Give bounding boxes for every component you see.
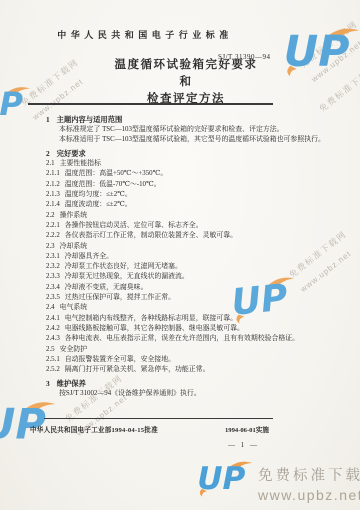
- doc-line: 2.4电气系统: [46, 303, 338, 313]
- site-watermark-url: www.upbz.net: [258, 487, 360, 503]
- standard-header: 中华人民共和国电子行业标准: [0, 28, 325, 41]
- doc-title: 温度循环试验箱完好要求和 检查评定方法: [110, 57, 262, 108]
- doc-line: 2.4.1电气控制箱内布线整齐，各种线路标志明显，联接可靠。: [46, 314, 338, 324]
- doc-line: 2.1.4温度波动度：≤±2℃。: [46, 200, 338, 210]
- section-heading: 2完好要求: [46, 149, 338, 159]
- section-heading: 3维护保养: [46, 379, 338, 389]
- site-watermark: 免费标准下载网 www.upbz.net: [258, 464, 360, 503]
- page-number: — 1 —: [228, 441, 259, 449]
- doc-line: 按SJ/T 31002—94《设备维护保养通则》执行。: [46, 389, 338, 399]
- doc-line: 2.2.2各仪表指示灯工作正常，制动限位装置齐全、灵敏可靠。: [46, 231, 338, 241]
- watermark-text: 免费标准下载网: [314, 59, 360, 116]
- doc-line: 2.5安全防护: [46, 345, 338, 355]
- doc-title-line1: 温度循环试验箱完好要求和: [110, 57, 262, 91]
- doc-line: 本标准适用于 TSC—103型温度循环试验箱，其它型号的温度循环试验箱也可参照执…: [46, 135, 338, 145]
- footer-approval: 中华人民共和国电子工业部1994-04-15批准: [30, 424, 158, 434]
- doc-line: 2.3.1冷却器具齐全。: [46, 252, 338, 262]
- doc-line: 2.1.3温度均匀度：≤±2℃。: [46, 190, 338, 200]
- header-divider: [28, 103, 273, 105]
- scanned-standard-page: UP 免费标准下载网 www.upbz.net 免费标准下载网 www.upbz…: [0, 0, 360, 510]
- footer-implementation: 1994-06-01实施: [225, 424, 269, 434]
- doc-line: 2.5.2隔离门打开可紧急关机、紧急停车，功能正常。: [46, 365, 338, 375]
- doc-line: 2.3.3冷却泵无过热现象，无直线状的漏液流。: [46, 272, 338, 282]
- doc-line: 2.3.5过热过压保护可靠，搅拌工作正常。: [46, 293, 338, 303]
- watermark-text: 免费标准下载网 www.upbz.net: [295, 15, 360, 86]
- doc-line: 本标准规定了 TSC—103型温度循环试验箱的完好要求和检查、评定方法。: [46, 125, 338, 135]
- doc-line: 2.1.1温度范围：高温+50℃～+350℃。: [46, 169, 338, 179]
- doc-line: 2.1.2温度范围：低温-70℃～-10℃。: [46, 180, 338, 190]
- section-heading: 1主题内容与适用范围: [46, 115, 338, 125]
- doc-line: 2.4.2电器线路板接触可靠，其它各种控制器、继电器灵敏可靠。: [46, 324, 338, 334]
- doc-line: 2.1主要性能指标: [46, 159, 338, 169]
- doc-line: 2.3.2冷却泵工作状态良好，过滤网无堵塞。: [46, 262, 338, 272]
- doc-line: 2.2.1各操作按钮启动灵活、定位可靠、标志齐全。: [46, 221, 338, 231]
- doc-line: 2.5.1自动报警装置齐全可靠，安全接地。: [46, 355, 338, 365]
- up-logo-icon: [196, 458, 256, 498]
- doc-line: 2.4.3各种电流表、电压表指示正常，误差在允许范围内，且有有效期校验合格证。: [46, 334, 338, 344]
- doc-title-line2: 检查评定方法: [110, 91, 262, 108]
- footer-divider: [44, 418, 273, 419]
- document-body: 1主题内容与适用范围本标准规定了 TSC—103型温度循环试验箱的完好要求和检查…: [46, 111, 338, 400]
- doc-line: 2.2操作系统: [46, 211, 338, 221]
- site-watermark-name: 免费标准下载网: [258, 464, 360, 485]
- doc-line: 2.3.4冷却液不变质，无腐臭味。: [46, 283, 338, 293]
- doc-line: 2.3冷却系统: [46, 242, 338, 252]
